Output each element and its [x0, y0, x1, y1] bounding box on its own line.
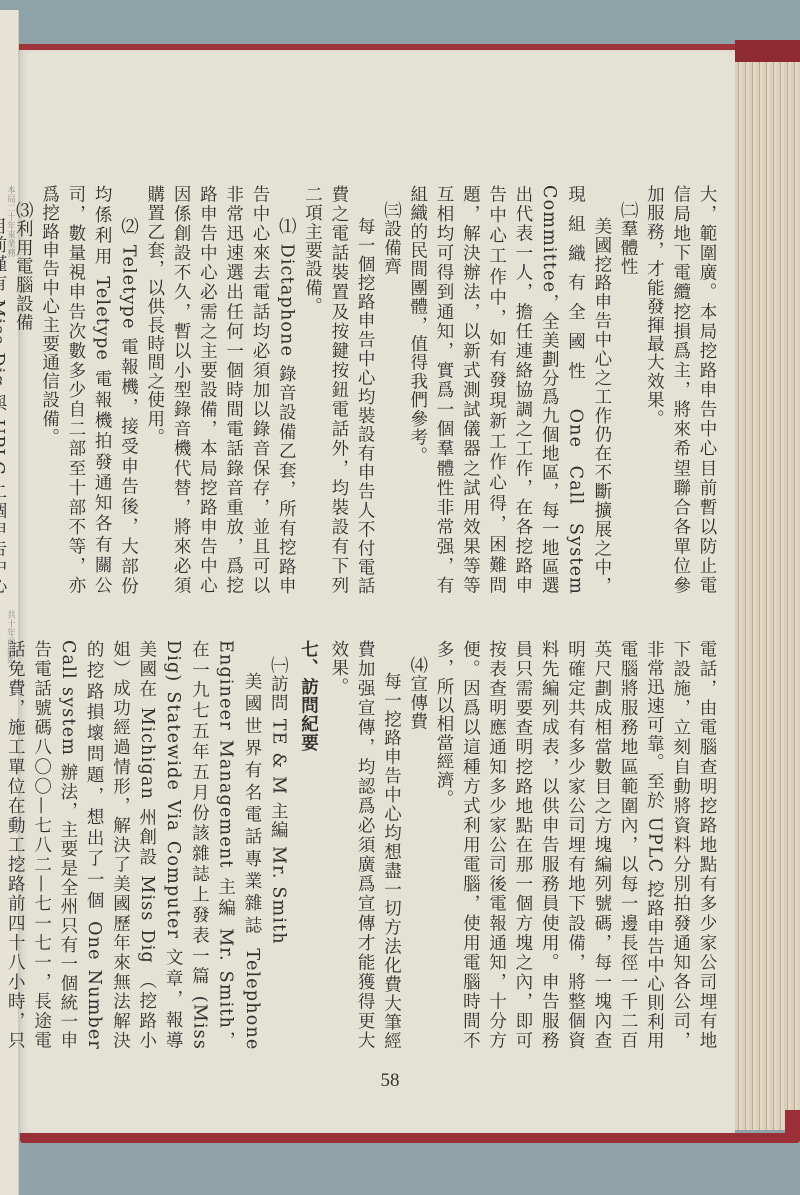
page-stack-edge	[735, 62, 800, 1130]
backdrop-top	[0, 0, 800, 50]
paragraph-teletype: ⑵ Teletype 電報機，接受申告後，大部份均係利用 Teletype 電報…	[36, 185, 141, 595]
paragraph: 目前僅有 Miss Dig 與 UPLC 二個申告中心利用電腦設備，Miss D…	[0, 185, 10, 595]
text-block-upper: 大，範圍廣。本局挖路申告中心目前暫以防止電信局地下電纜挖損爲主，將來希望聯合各單…	[80, 185, 720, 595]
text-block-lower: 電話，由電腦查明挖路地點有多少家公司埋有地下設施，立刻自動將資料分別拍發通知各公…	[80, 640, 720, 1050]
subheading-computer: ⑶利用電腦設備	[10, 185, 36, 595]
paragraph-dictaphone: ⑴ Dictaphone 錄音設備乙套，所有挖路申告中心來去電話均必須加以錄音保…	[141, 185, 299, 595]
paragraph-continuation: 電話，由電腦查明挖路地點有多少家公司埋有地下設施，立刻自動將資料分別拍發通知各公…	[431, 640, 720, 1050]
paragraph-continuation: 大，範圍廣。本局挖路申告中心目前暫以防止電信局地下電纜挖損爲主，將來希望聯合各單…	[641, 185, 720, 595]
book-cover-edge-bottom	[20, 1133, 800, 1143]
page-number: 58	[370, 1070, 410, 1092]
section-heading: 七、訪問紀要	[295, 640, 321, 1050]
paragraph: 美國世界有名電話專業雜誌 Telephone Engineer Manageme…	[0, 640, 265, 1050]
subheading-equipment: ㈢設備齊	[378, 185, 404, 595]
book-cover-corner-bottom	[785, 1110, 800, 1135]
subheading-publicity: ⑷宣傳費	[404, 640, 430, 1050]
subheading-group-nature: ㈡羣體性	[615, 185, 641, 595]
backdrop-bottom	[0, 1140, 800, 1195]
paragraph: 每一個挖路申告中心均裝設有申告人不付電話費之電話裝置及按鍵按鈕電話外，均裝設有下…	[299, 185, 378, 595]
paragraph: 美國挖路申告中心之工作仍在不斷擴展之中，現組織有全國性 One Call Sys…	[404, 185, 614, 595]
subheading-interview: ㈠訪問 TE & M 主編 Mr. Smith	[265, 640, 291, 1050]
paragraph: 每一挖路申告中心均想盡一切方法化費大筆經費加强宣傳，均認爲必須廣爲宣傳才能獲得更…	[326, 640, 405, 1050]
